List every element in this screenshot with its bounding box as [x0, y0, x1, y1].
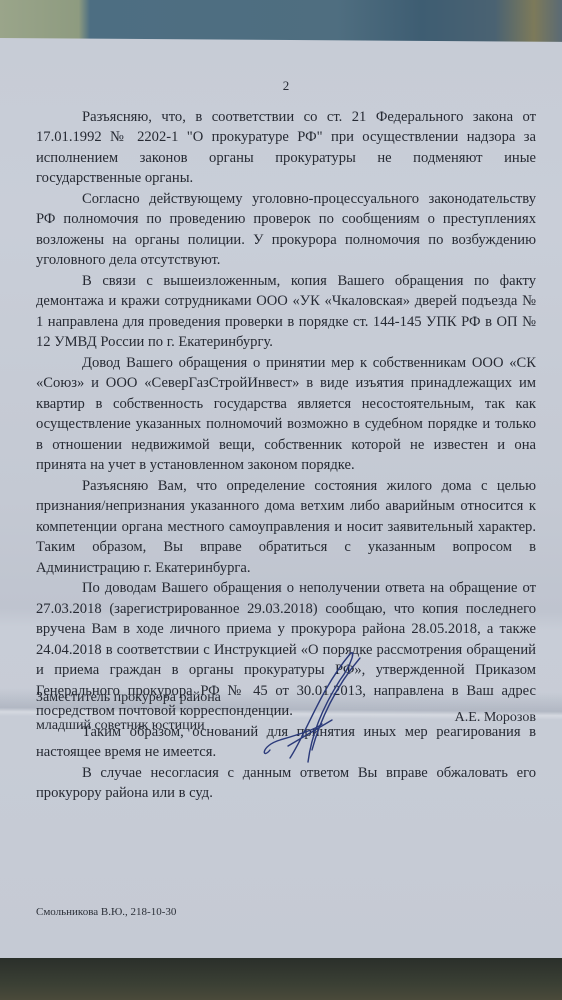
page-number: 2: [36, 76, 536, 97]
signer-rank: младший советник юстиции: [36, 718, 205, 734]
paragraph-4: Довод Вашего обращения о принятии мер к …: [36, 353, 536, 476]
paragraph-5: Разъясняю Вам, что определение состояния…: [36, 476, 536, 579]
signature-block: Заместитель прокурора района младший сов…: [36, 690, 536, 760]
handwritten-signature-icon: [260, 650, 370, 770]
paragraph-2: Согласно действующему уголовно-процессуа…: [36, 189, 536, 271]
executor-contact: Смольникова В.Ю., 218-10-30: [36, 906, 176, 918]
paragraph-1: Разъясняю, что, в соответствии со ст. 21…: [36, 107, 536, 189]
signer-position: Заместитель прокурора района: [36, 690, 221, 706]
paragraph-3: В связи с вышеизложенным, копия Вашего о…: [36, 271, 536, 353]
background-bottom: [0, 958, 562, 1000]
signer-name: А.Е. Морозов: [455, 710, 536, 726]
